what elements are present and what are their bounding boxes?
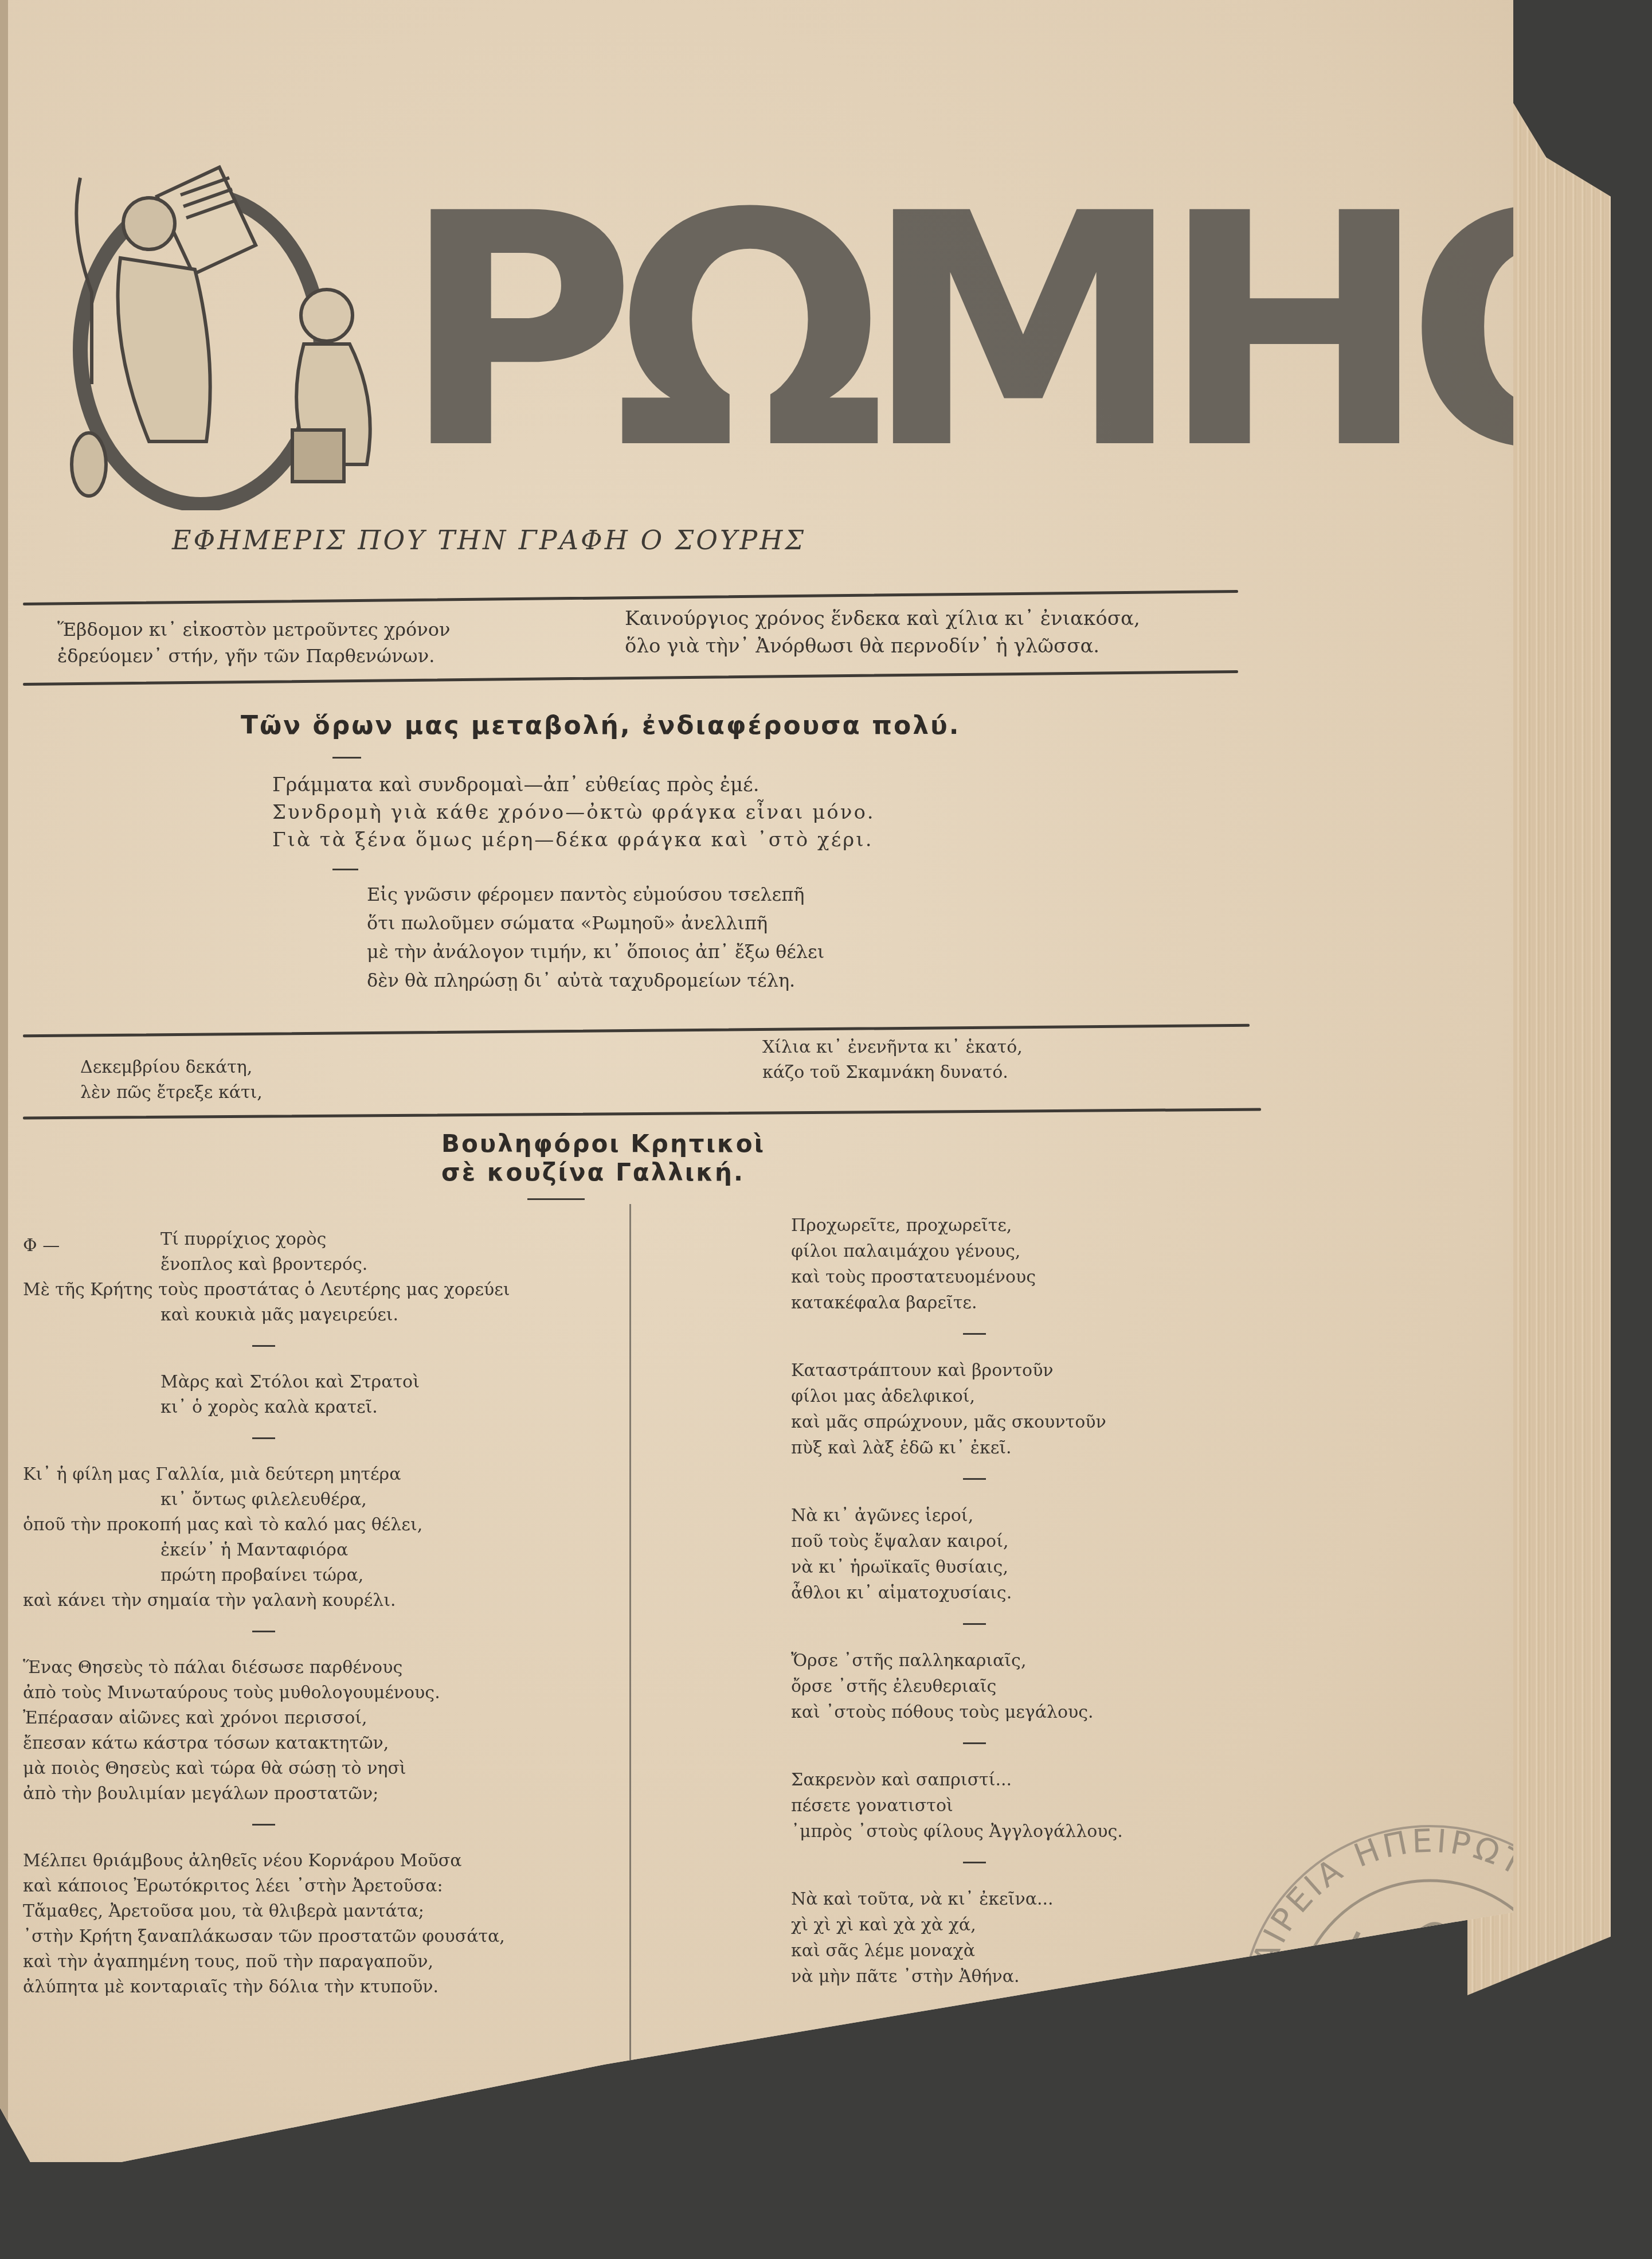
verse-line: Τί πυρρίχιος χορὸς [23,1227,510,1252]
stanza-separator [963,1333,986,1335]
stanza-separator [252,1345,275,1347]
verse-line: δὲν θὰ πληρώσῃ δι᾿ αὐτὰ ταχυδρομείων τέλ… [367,966,824,995]
verse-line: Χίλια κι᾿ ἐνενῆντα κι᾿ ἑκατό, [762,1035,1023,1060]
verse-line: ὅτι πωλοῦμεν σώματα «Ρωμηοῦ» ἀνελλιπῆ [367,909,824,937]
terms-heading: Τῶν ὅρων μας μεταβολή, ἐνδιαφέρουσα πολύ… [241,711,960,740]
stanza-separator [963,1742,986,1744]
verse-line: φίλοι παλαιμάχου γένους, [791,1238,1123,1264]
verse-line: ἐκείν᾿ ἡ Μανταφιόρα [23,1538,510,1563]
divider-rule [23,670,1238,686]
dateline-right: Χίλια κι᾿ ἐνενῆντα κι᾿ ἑκατό, κάζο τοῦ Σ… [762,1035,1023,1085]
verse-line: Γιὰ τὰ ξένα ὅμως μέρη—δέκα φράγκα καὶ ᾿σ… [272,826,875,854]
verse-line: χὶ χὶ χὶ καὶ χὰ χὰ χά, [791,1912,1123,1938]
verse-line: κι᾿ ὁ χορὸς καλὰ κρατεῖ. [23,1395,510,1420]
verse-line: ᾿στὴν Κρήτη ξαναπλάκωσαν τῶν προστατῶν φ… [23,1924,510,1949]
verse-line: Καινούργιος χρόνος ἕνδεκα καὶ χίλια κι᾿ … [625,605,1140,632]
dateline-left: Δεκεμβρίου δεκάτη, λὲν πῶς ἔτρεξε κάτι, [80,1055,263,1105]
verse-line: Ἐπέρασαν αἰῶνες καὶ χρόνοι περισσοί, [23,1706,510,1731]
verse-line: καὶ κουκιὰ μᾶς μαγειρεύει. [23,1303,510,1328]
masthead-illustration-icon [57,143,378,510]
verse-line: Κι᾿ ἡ φίλη μας Γαλλία, μιὰ δεύτερη μητέρ… [23,1462,510,1487]
verse-line: πὺξ καὶ λὰξ ἐδῶ κι᾿ ἐκεῖ. [791,1435,1123,1461]
verse-line: ὁποῦ τὴν προκοπή μας καὶ τὸ καλό μας θέλ… [23,1512,510,1538]
divider-rule [23,1024,1250,1038]
stanza-separator [252,1631,275,1632]
verse-line: καὶ τοὺς προστατευομένους [791,1264,1123,1290]
verse-line: Συνδρομὴ γιὰ κάθε χρόνο—ὀκτὼ φράγκα εἶνα… [272,799,875,826]
stanza-separator [252,1437,275,1439]
verse-line: νὰ κι᾿ ἡρωϊκαῖς θυσίαις, [791,1554,1123,1580]
verse-line: καὶ ᾿στοὺς πόθους τοὺς μεγάλους. [791,1699,1123,1725]
intro-left-couplet: Ἕβδομον κι᾿ εἰκοστὸν μετροῦντες χρόνον ἐ… [57,616,450,669]
stanza-separator [963,1862,986,1863]
verse-line: Νὰ καὶ τοῦτα, νὰ κι᾿ ἐκεῖνα... [791,1886,1123,1912]
verse-line: ἀπὸ τὴν βουλιμίαν μεγάλων προστατῶν; [23,1781,510,1807]
verse-line: Ἕνας Θησεὺς τὸ πάλαι διέσωσε παρθένους [23,1655,510,1680]
page-gutter [0,0,8,2173]
intro-right-couplet: Καινούργιος χρόνος ἕνδεκα καὶ χίλια κι᾿ … [625,605,1140,660]
verse-line: Μέλπει θριάμβους ἀληθεῖς νέου Κορνάρου Μ… [23,1848,510,1874]
masthead-title: ΡΩΜΗΟΣ [401,132,1261,533]
verse-line: καὶ μᾶς σπρώχνουν, μᾶς σκουντοῦν [791,1409,1123,1435]
verse-line: ἔπεσαν κάτω κάστρα τόσων κατακτητῶν, [23,1731,510,1756]
stanza-separator [963,1623,986,1625]
verse-line: ποῦ τοὺς ἔψαλαν καιροί, [791,1529,1123,1554]
divider-rule [23,590,1238,605]
verse-line: καὶ κάποιος Ἐρωτόκριτος λέει ᾿στὴν Ἀρετο… [23,1874,510,1899]
verse-line: ὄρσε ᾿στῆς ἐλευθεριαῖς [791,1674,1123,1699]
verse-line: κάζο τοῦ Σκαμνάκη δυνατό. [762,1060,1023,1085]
verse-line: καὶ σᾶς λέμε μοναχὰ [791,1938,1123,1964]
stamp-inner-right: ΡΩΤΑΝ [1472,1988,1496,2058]
verse-line: φίλοι μας ἀδελφικοί, [791,1383,1123,1409]
verse-line: Δεκεμβρίου δεκάτη, [80,1055,263,1080]
stanza-separator [252,1824,275,1826]
verse-line: ἀπὸ τοὺς Μινωταύρους τοὺς μυθολογουμένου… [23,1680,510,1706]
terms-lines: Γράμματα καὶ συνδρομαὶ—ἀπ᾿ εὐθείας πρὸς … [272,771,875,854]
verse-line: Ἀπ᾿ αὐτὸ τὸ μακρονῆσι [791,2031,1123,2057]
verse-line: Νὰ κι᾿ ἀγῶνες ἱεροί, [791,1503,1123,1529]
verse-line: Σακρενὸν καὶ σαπριστί... [791,1767,1123,1793]
verse-line: Τἄμαθες, Ἀρετοῦσα μου, τὰ θλιβερὰ μαντάτ… [23,1899,510,1924]
stanza-separator [963,1478,986,1480]
verse-line: κατακέφαλα βαρεῖτε. [791,1290,1123,1316]
verse-line: Ὄρσε ᾿στῆς παλληκαριαῖς, [791,1648,1123,1674]
verse-line: ἆθλοι κι᾿ αἱματοχυσίαις. [791,1580,1123,1606]
article-title-line2: σὲ κουζίνα Γαλλική. [441,1158,745,1186]
verse-line: λὲν πῶς ἔτρεξε κάτι, [80,1080,263,1105]
verse-line: Γράμματα καὶ συνδρομαὶ—ἀπ᾿ εὐθείας πρὸς … [272,771,875,799]
subscription-notice: Εἰς γνῶσιν φέρομεν παντὸς εὐμούσου τσελε… [367,880,824,995]
verse-line: Εἰς γνῶσιν φέρομεν παντὸς εὐμούσου τσελε… [367,880,824,909]
verse-line: ἐδρεύομεν᾿ στήν, γῆν τῶν Παρθενώνων. [57,643,450,669]
verse-line: Μὲ τῆς Κρήτης τοὺς προστάτας ὁ Λευτέρης … [23,1277,510,1303]
verse-line: ἀλύπητα μὲ κονταριαῖς τὴν δόλια τὴν κτυπ… [23,1975,510,2000]
ornamental-dash [527,1198,585,1200]
verse-line: μὰ ποιὸς Θησεὺς καὶ τώρα θὰ σώσῃ τὸ νησὶ [23,1756,510,1781]
verse-line: μὲ τὴν ἀνάλογον τιμήν, κι᾿ ὅποιος ἀπ᾿ ἔξ… [367,937,824,966]
verse-line: Προχωρεῖτε, προχωρεῖτε, [791,1213,1123,1238]
verse-line: καὶ τὴν ἀγαπημένη τους, ποῦ τὴν παραγαπο… [23,1949,510,1975]
verse-line: κι᾿ ὄντως φιλελευθέρα, [23,1487,510,1512]
stamp-inner-left: ΑΠΕΙ [1357,1987,1381,2035]
verse-line: ᾿μπρὸς ᾿στοὺς φίλους Ἀγγλογάλλους. [791,1819,1123,1844]
masthead-subtitle: ΕΦΗΜΕΡΙΣ ΠΟΥ ΤΗΝ ΓΡΑΦΗ Ο ΣΟΥΡΗΣ [172,525,806,556]
verse-line: νὰ μὴν πᾶτε ᾿στὴν Ἀθήνα. [791,1964,1123,1990]
verse-line: καὶ κάνει τὴν σημαία τὴν γαλανὴ κουρέλι. [23,1588,510,1613]
verse-line: ἔνοπλος καὶ βροντερός. [23,1252,510,1277]
verse-line: πρώτη προβαίνει τώρα, [23,1563,510,1588]
article-title-line1: Βουληφόροι Κρητικοὶ [441,1129,765,1158]
article-right-column: Προχωρεῖτε, προχωρεῖτε,φίλοι παλαιμάχου … [791,1213,1123,2083]
verse-line: Καταστράπτουν καὶ βροντοῦν [791,1358,1123,1383]
ornamental-dash [332,757,361,759]
verse-line: Ἕβδομον κι᾿ εἰκοστὸν μετροῦντες χρόνον [57,616,450,643]
verse-line: ὅλο γιὰ τὴν᾿ Ἀνόρθωσι θὰ περνοδίν᾿ ἡ γλῶ… [625,632,1140,660]
verse-line: Μὰρς καὶ Στόλοι καὶ Στρατοὶ [23,1370,510,1395]
masthead: ΡΩΜΗΟΣ [57,132,1261,533]
stanza-separator [963,2007,986,2008]
ornamental-dash [332,869,358,870]
verse-line: μὴ κανένας τὸ κουνήσῃ. [791,2057,1123,2083]
newspaper-page: ΡΩΜΗΟΣ ΕΦΗΜΕΡΙΣ ΠΟΥ ΤΗΝ ΓΡΑΦΗ Ο ΣΟΥΡΗΣ Ἕ… [0,0,1513,2173]
column-divider [629,1204,631,2076]
divider-rule [23,1108,1261,1119]
verse-line: πέσετε γονατιστοὶ [791,1793,1123,1819]
article-left-column: Τί πυρρίχιος χορὸςἔνοπλος καὶ βροντερός.… [23,1227,510,2000]
